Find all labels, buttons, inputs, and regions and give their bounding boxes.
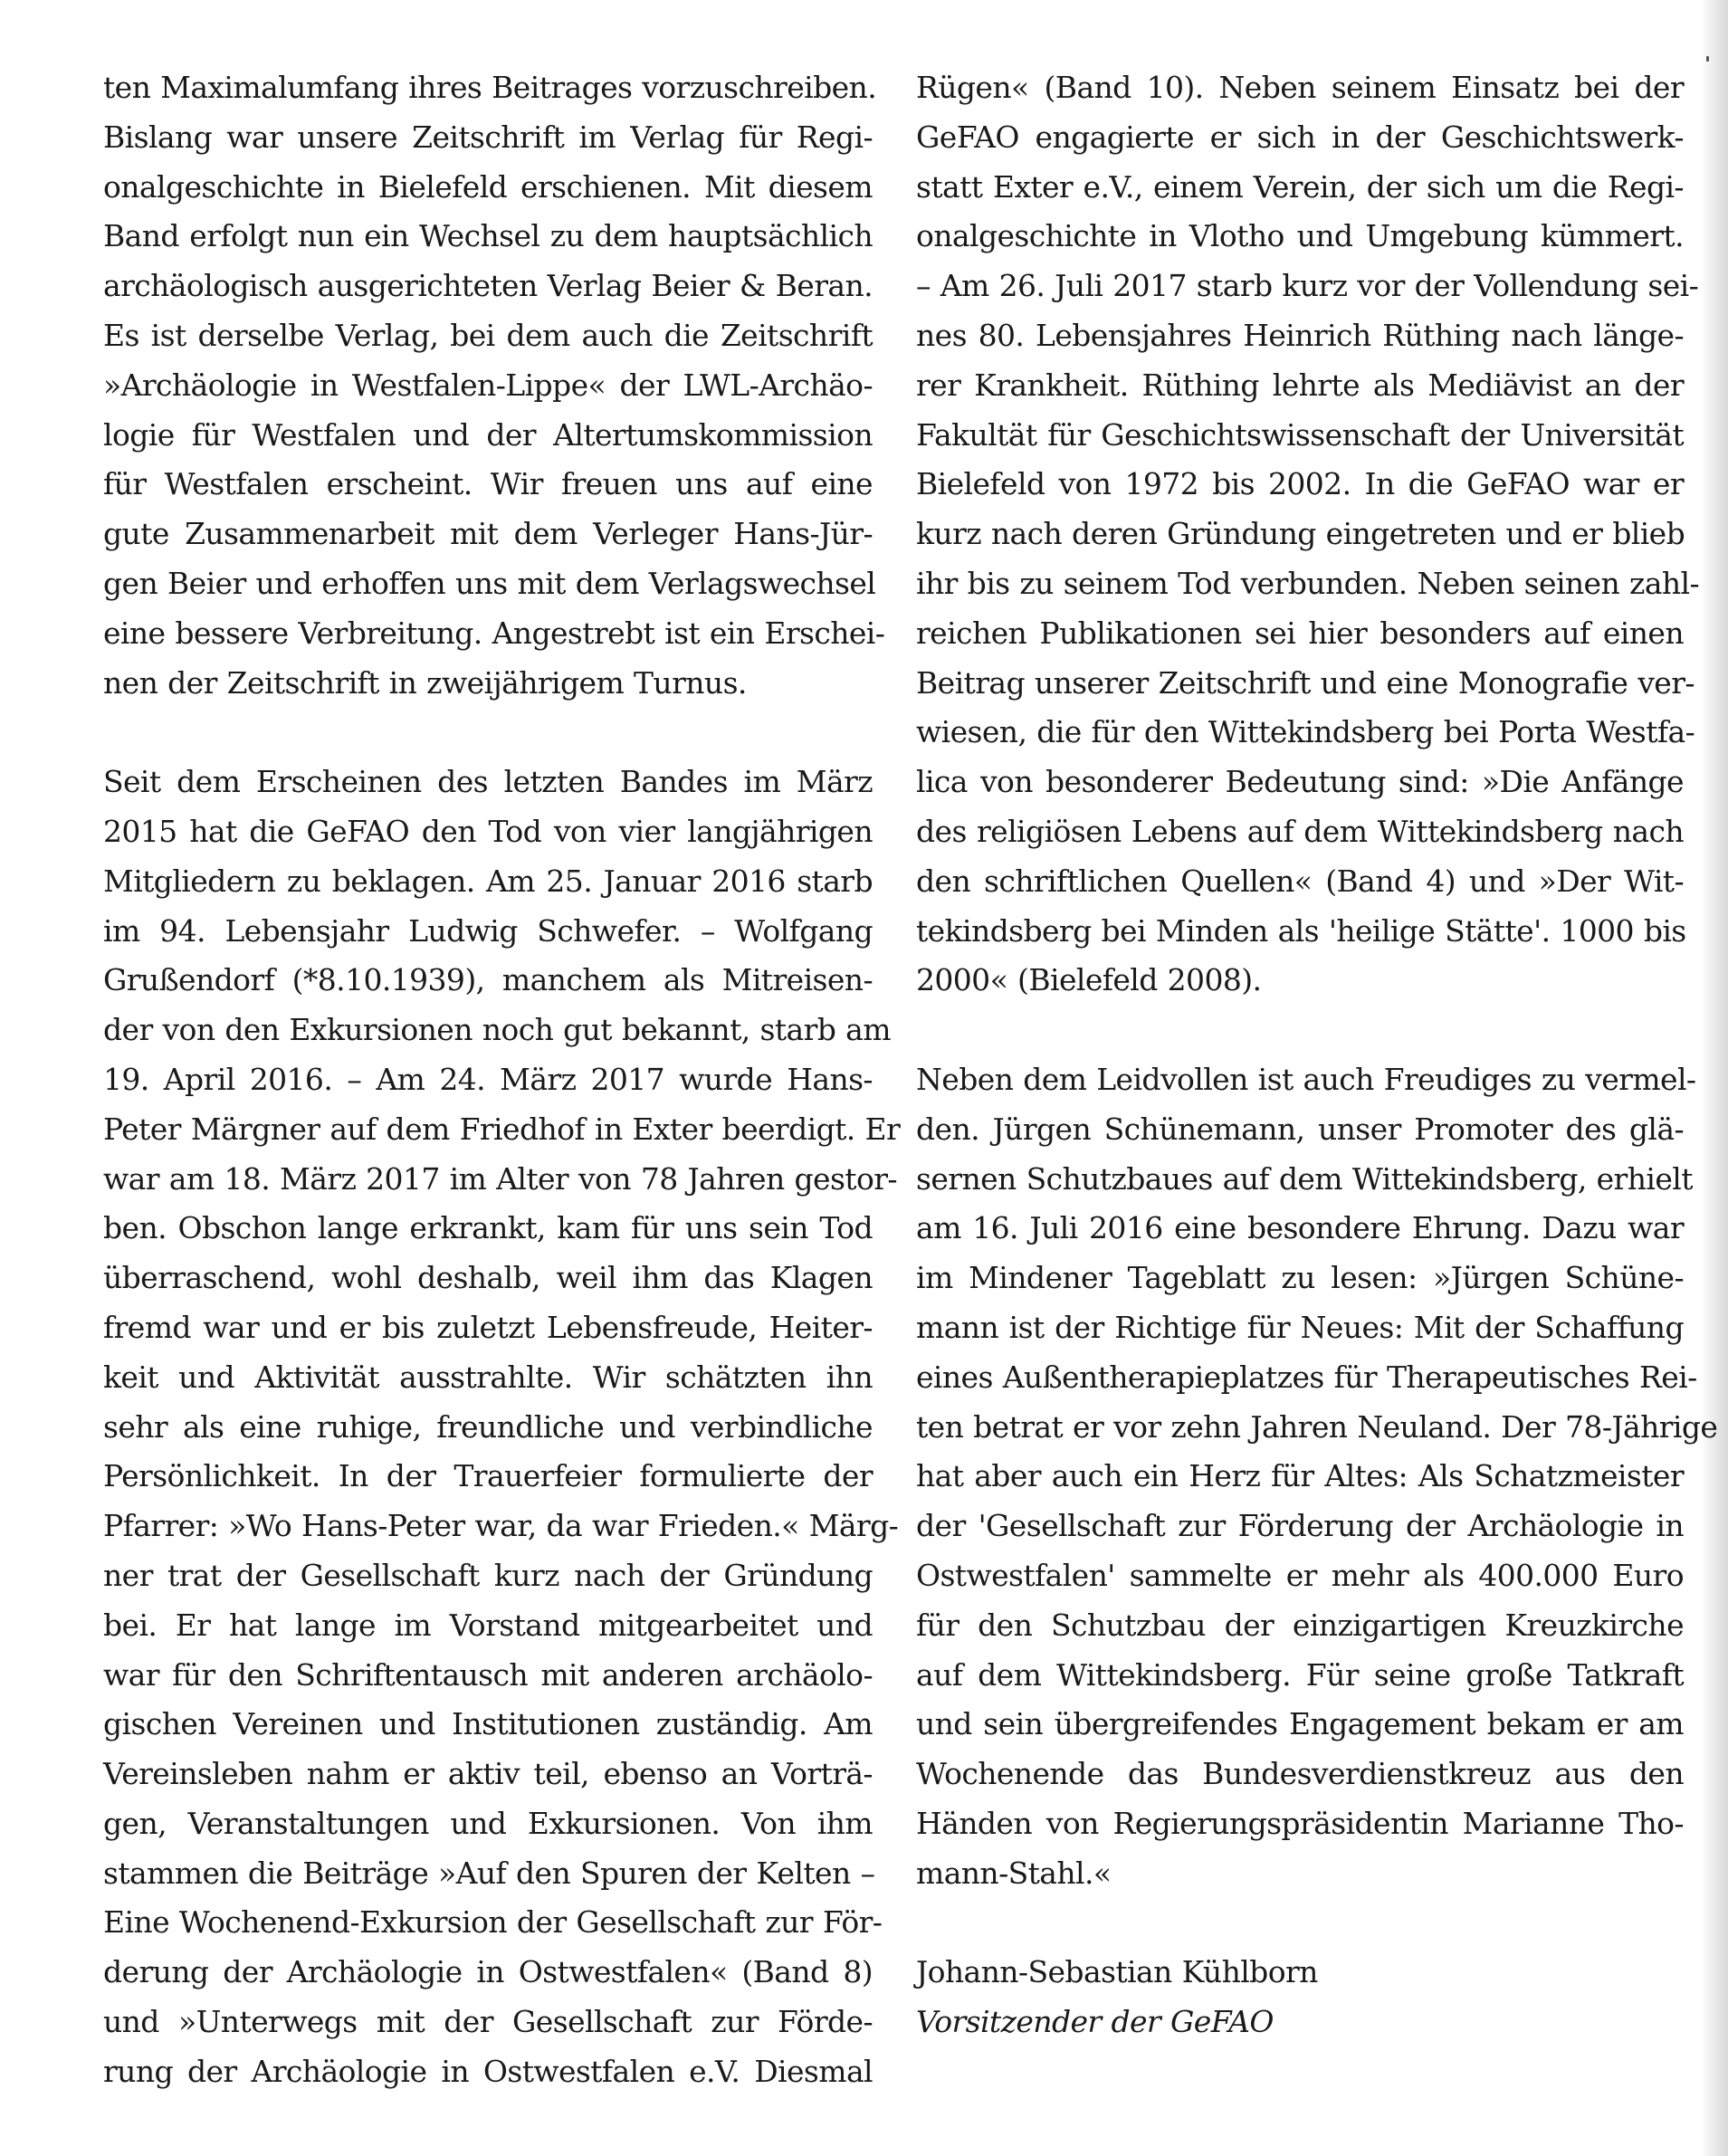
text-line: auf dem Wittekindsberg. Für seine große … [916, 1651, 1684, 1701]
text-line: am 16. Juli 2016 eine besondere Ehrung. … [916, 1204, 1684, 1254]
text-line: 2015 hat die GeFAO den Tod von vier lang… [103, 807, 873, 857]
paragraph-honors: Neben dem Leidvollen ist auch Freudiges … [916, 1055, 1684, 1899]
signature-name: Johann-Sebastian Kühlborn [916, 1948, 1684, 1998]
text-line: archäologisch ausgerichteten Verlag Beie… [103, 262, 873, 311]
text-line: gen Beier und erhoffen uns mit dem Verla… [103, 559, 873, 609]
text-line: – Am 26. Juli 2017 starb kurz vor der Vo… [916, 262, 1684, 311]
text-line: bei. Er hat lange im Vorstand mitgearbei… [103, 1601, 873, 1651]
text-line: GeFAO engagierte er sich in der Geschich… [916, 113, 1684, 163]
text-line: ner trat der Gesellschaft kurz nach der … [103, 1551, 873, 1601]
text-line: des religiösen Lebens auf dem Wittekinds… [916, 807, 1684, 857]
text-line: mann ist der Richtige für Neues: Mit der… [916, 1303, 1684, 1353]
text-line: Persönlichkeit. In der Trauerfeier formu… [103, 1452, 873, 1502]
text-line: Grußendorf (*8.10.1939), manchem als Mit… [103, 956, 873, 1006]
signature-block: Johann-Sebastian Kühlborn Vorsitzender d… [916, 1948, 1684, 2047]
text-line: reichen Publikationen sei hier besonders… [916, 609, 1684, 659]
text-line: rer Krankheit. Rüthing lehrte als Mediäv… [916, 361, 1684, 411]
text-line: wiesen, die für den Wittekindsberg bei P… [916, 708, 1684, 758]
text-line: Beitrag unserer Zeitschrift und eine Mon… [916, 659, 1684, 709]
text-line: onalgeschichte in Bielefeld erschienen. … [103, 163, 873, 213]
text-line: gute Zusammenarbeit mit dem Verleger Han… [103, 510, 873, 559]
text-line: gischen Vereinen und Institutionen zustä… [103, 1700, 873, 1750]
text-line: und sein übergreifendes Engagement bekam… [916, 1700, 1684, 1750]
text-line: derung der Archäologie in Ostwestfalen« … [103, 1948, 873, 1998]
text-line: Neben dem Leidvollen ist auch Freudiges … [916, 1055, 1684, 1105]
paragraph-obituaries: Seit dem Erscheinen des letzten Bandes i… [103, 758, 873, 2097]
text-line: der 'Gesellschaft zur Förderung der Arch… [916, 1502, 1684, 1551]
text-line: ten betrat er vor zehn Jahren Neuland. D… [916, 1403, 1684, 1453]
text-line: sernen Schutzbaues auf dem Wittekindsber… [916, 1155, 1684, 1205]
paragraph-ruething: Rügen« (Band 10). Neben seinem Einsatz b… [916, 63, 1684, 1006]
text-line: für den Schutzbau der einzigartigen Kreu… [916, 1601, 1684, 1651]
text-line: Ostwestfalen' sammelte er mehr als 400.0… [916, 1551, 1684, 1601]
text-line: Händen von Regierungspräsidentin Mariann… [916, 1799, 1684, 1849]
text-line: lica von besonderer Bedeutung sind: »Die… [916, 758, 1684, 807]
text-line: im Mindener Tageblatt zu lesen: »Jürgen … [916, 1254, 1684, 1303]
text-line: Bislang war unsere Zeitschrift im Verlag… [103, 113, 873, 163]
text-line: den. Jürgen Schünemann, unser Promoter d… [916, 1105, 1684, 1155]
text-line: nen der Zeitschrift in zweijährigem Turn… [103, 659, 873, 709]
text-line: Band erfolgt nun ein Wechsel zu dem haup… [103, 212, 873, 262]
left-column: ten Maximalumfang ihres Beitrages vorzus… [103, 63, 873, 2097]
scan-speck [1706, 56, 1709, 62]
text-line: war am 18. März 2017 im Alter von 78 Jah… [103, 1155, 873, 1205]
paragraph-gap [916, 1898, 1684, 1948]
text-line: überraschend, wohl deshalb, weil ihm das… [103, 1254, 873, 1303]
text-line: stammen die Beiträge »Auf den Spuren der… [103, 1849, 873, 1899]
text-line: im 94. Lebensjahr Ludwig Schwefer. – Wol… [103, 907, 873, 957]
text-line: Wochenende das Bundesverdienstkreuz aus … [916, 1750, 1684, 1799]
text-line: logie für Westfalen und der Altertumskom… [103, 411, 873, 461]
text-line: Peter Märgner auf dem Friedhof in Exter … [103, 1105, 873, 1155]
text-line: fremd war und er bis zuletzt Lebensfreud… [103, 1303, 873, 1353]
text-line: ben. Obschon lange erkrankt, kam für uns… [103, 1204, 873, 1254]
text-line: den schriftlichen Quellen« (Band 4) und … [916, 857, 1684, 907]
text-line: der von den Exkursionen noch gut bekannt… [103, 1006, 873, 1055]
text-line: und »Unterwegs mit der Gesellschaft zur … [103, 1998, 873, 2047]
paragraph-publisher-change: ten Maximalumfang ihres Beitrages vorzus… [103, 63, 873, 708]
text-line: hat aber auch ein Herz für Altes: Als Sc… [916, 1452, 1684, 1502]
text-line: rung der Archäologie in Ostwestfalen e.V… [103, 2047, 873, 2097]
text-line: statt Exter e.V., einem Verein, der sich… [916, 163, 1684, 213]
text-line: sehr als eine ruhige, freundliche und ve… [103, 1403, 873, 1453]
page-edge-shadow [1701, 0, 1728, 2156]
text-line: 2000« (Bielefeld 2008). [916, 956, 1684, 1006]
text-line: Eine Wochenend-Exkursion der Gesellschaf… [103, 1898, 873, 1948]
text-line: ihr bis zu seinem Tod verbunden. Neben s… [916, 559, 1684, 609]
text-line: 19. April 2016. – Am 24. März 2017 wurde… [103, 1055, 873, 1105]
text-line: kurz nach deren Gründung eingetreten und… [916, 510, 1684, 559]
text-line: ten Maximalumfang ihres Beitrages vorzus… [103, 63, 873, 113]
text-line: Mitgliedern zu beklagen. Am 25. Januar 2… [103, 857, 873, 907]
text-line: eine bessere Verbreitung. Angestrebt ist… [103, 609, 873, 659]
text-line: gen, Veranstaltungen und Exkursionen. Vo… [103, 1799, 873, 1849]
right-column: Rügen« (Band 10). Neben seinem Einsatz b… [916, 63, 1684, 2047]
text-line: onalgeschichte in Vlotho und Umgebung kü… [916, 212, 1684, 262]
text-line: nes 80. Lebensjahres Heinrich Rüthing na… [916, 311, 1684, 361]
text-line: war für den Schriftentausch mit anderen … [103, 1651, 873, 1701]
text-line: eines Außentherapieplatzes für Therapeut… [916, 1353, 1684, 1403]
paragraph-gap [103, 708, 873, 758]
text-line: mann-Stahl.« [916, 1849, 1684, 1899]
paragraph-gap [916, 1006, 1684, 1055]
text-line: Es ist derselbe Verlag, bei dem auch die… [103, 311, 873, 361]
signature-role: Vorsitzender der GeFAO [916, 1998, 1684, 2047]
text-line: Seit dem Erscheinen des letzten Bandes i… [103, 758, 873, 807]
text-line: für Westfalen erscheint. Wir freuen uns … [103, 460, 873, 510]
text-line: keit und Aktivität ausstrahlte. Wir schä… [103, 1353, 873, 1403]
text-line: Pfarrer: »Wo Hans-Peter war, da war Frie… [103, 1502, 873, 1551]
text-line: tekindsberg bei Minden als 'heilige Stät… [916, 907, 1684, 957]
text-line: Bielefeld von 1972 bis 2002. In die GeFA… [916, 460, 1684, 510]
text-line: Vereinsleben nahm er aktiv teil, ebenso … [103, 1750, 873, 1799]
text-line: »Archäologie in Westfalen-Lippe« der LWL… [103, 361, 873, 411]
text-line: Rügen« (Band 10). Neben seinem Einsatz b… [916, 63, 1684, 113]
text-line: Fakultät für Geschichtswissenschaft der … [916, 411, 1684, 461]
